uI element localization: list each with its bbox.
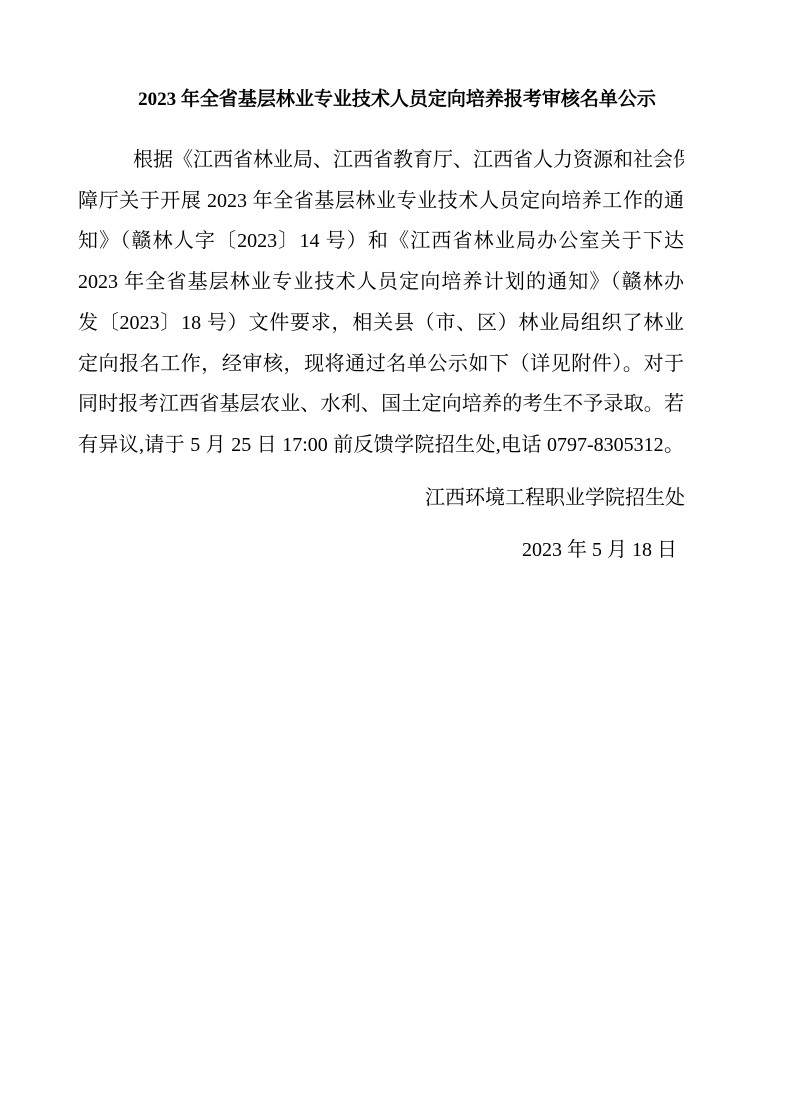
body-line-1: 根据《江西省林业局、江西省教育厅、江西省人力资源和社会保 [78,140,684,181]
document-title: 2023 年全省基层林业专业技术人员定向培养报考审核名单公示 [0,86,794,114]
body-line-8: 有异议,请于 5 月 25 日 17:00 前反馈学院招生处,电话 0797-8… [78,425,684,466]
body-line-3: 知》（赣林人字〔2023〕14 号）和《江西省林业局办公室关于下达 [78,221,684,262]
body-line-2: 障厅关于开展 2023 年全省基层林业专业技术人员定向培养工作的通 [78,181,684,222]
body-line-7: 同时报考江西省基层农业、水利、国土定向培养的考生不予录取。若 [78,384,684,425]
body-paragraph: 根据《江西省林业局、江西省教育厅、江西省人力资源和社会保 障厅关于开展 2023… [78,140,684,466]
body-line-4: 2023 年全省基层林业专业技术人员定向培养计划的通知》（赣林办 [78,262,684,303]
date-line: 2023 年 5 月 18 日 [78,524,677,576]
document-page: 2023 年全省基层林业专业技术人员定向培养报考审核名单公示 根据《江西省林业局… [0,0,794,1108]
signature-line: 江西环境工程职业学院招生处 [78,472,685,524]
body-line-5: 发〔2023〕18 号）文件要求，相关县（市、区）林业局组织了林业 [78,303,684,344]
body-line-6: 定向报名工作，经审核，现将通过名单公示如下（详见附件）。对于 [78,344,684,385]
